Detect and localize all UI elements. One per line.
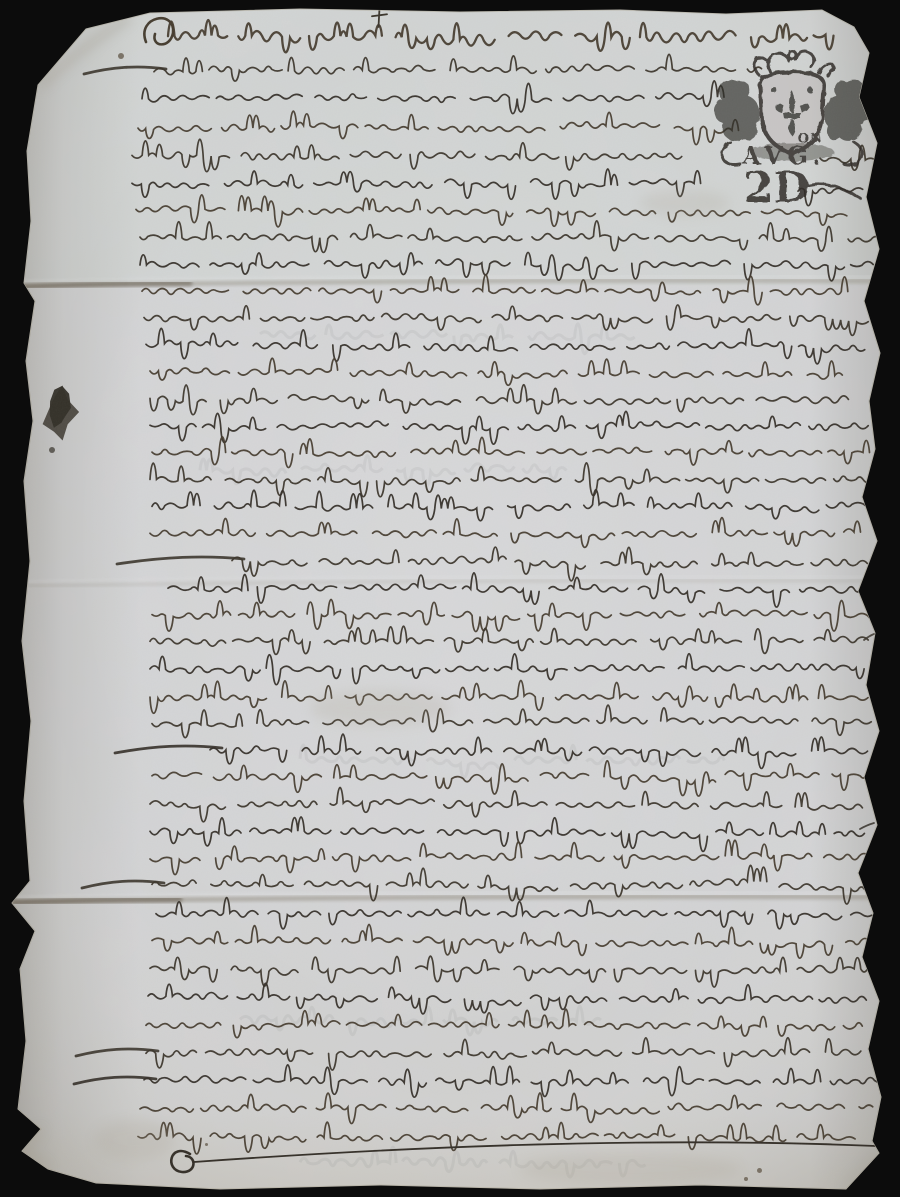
- manuscript-scene: ON AVG. 2D: [0, 0, 900, 1197]
- paper-sheet: ON AVG. 2D: [0, 0, 900, 1197]
- paper-grain: [0, 0, 900, 1197]
- paper-surface: ON AVG. 2D: [0, 0, 900, 1197]
- photograph-of-manuscript: ON AVG. 2D: [0, 0, 900, 1197]
